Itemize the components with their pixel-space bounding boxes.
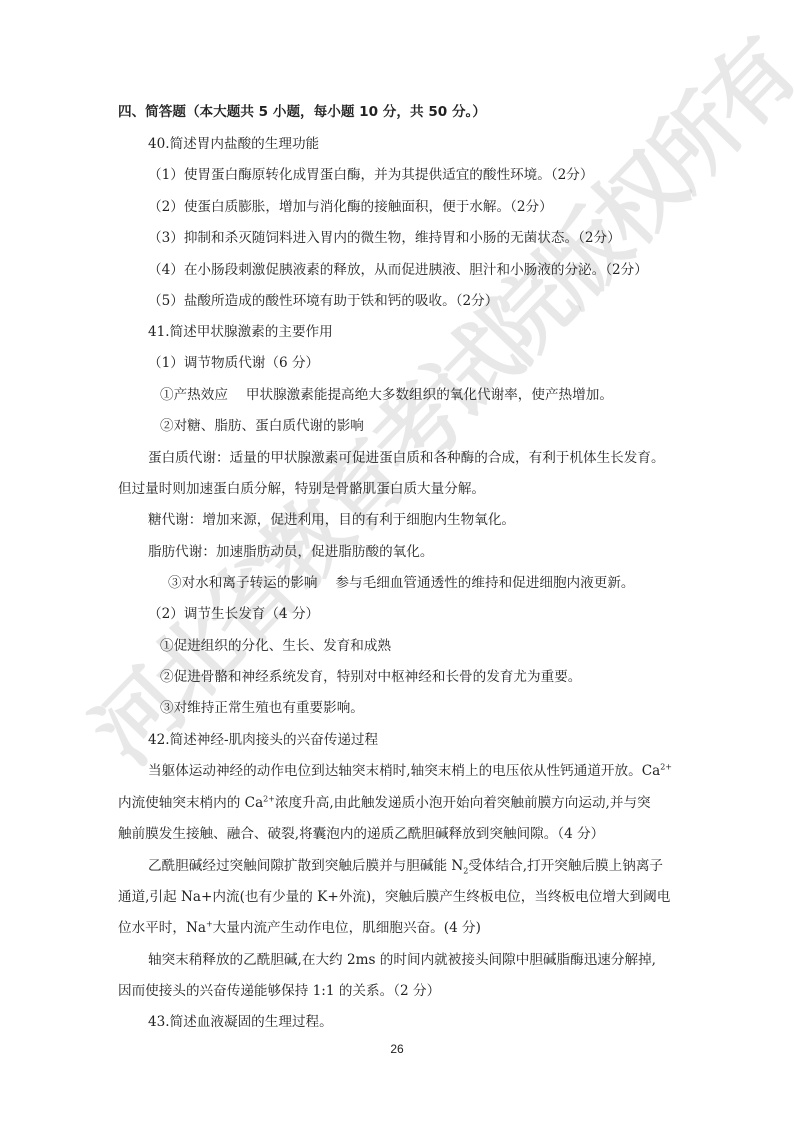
q42-para3-line-1: 轴突末稍释放的乙酰胆碱,在大约 2ms 的时间内就被接头间隙中胆碱脂酶迅速分解掉…	[148, 951, 656, 969]
q41-part2-item-1: ①促进组织的分化、生长、发育和成熟	[160, 637, 391, 655]
q41-part-2: （2）调节生长发育（4 分）	[148, 605, 319, 623]
q40-item-3: （3）抑制和杀灭随饲料进入胃内的微生物，维持胃和小肠的无菌状态。（2分）	[148, 229, 621, 247]
q40-item-4: （4）在小肠段刺激促胰液素的释放，从而促进胰液、胆汁和小肠液的分泌。（2分）	[148, 261, 648, 279]
q42-para1-line-1: 当躯体运动神经的动作电位到达轴突末梢时,轴突末梢上的电压依从性钙通道开放。Ca2…	[148, 762, 672, 780]
q41-protein-line-1: 蛋白质代谢：适量的甲状腺激素可促进蛋白质和各种酶的合成，有利于机体生长发育。	[148, 449, 665, 467]
q42-para2-line-2: 通道,引起 Na+内流(也有少量的 K+外流)，突触后膜产生终板电位，当终板电位…	[118, 888, 670, 906]
q42-para1-line-3: 触前膜发生接触、融合、破裂,将囊泡内的递质乙酰胆碱释放到突触间隙。（4 分）	[118, 825, 604, 843]
q42-para2-line-1: 乙酰胆碱经过突触间隙扩散到突触后膜并与胆碱能 N2受体结合,打开突触后膜上钠离子	[148, 857, 663, 875]
section-title: 四、简答题（本大题共 5 小题，每小题 10 分，共 50 分。）	[118, 103, 486, 121]
q40-item-1: （1）使胃蛋白酶原转化成胃蛋白酶，并为其提供适宜的酸性环境。（2分）	[148, 166, 594, 184]
q42-para2-line-3: 位水平时，Na+大量内流产生动作电位，肌细胞兴奋。(4 分)	[118, 919, 481, 937]
q40-item-2: （2）使蛋白质膨胀，增加与消化酶的接触面积，便于水解。（2分）	[148, 198, 553, 216]
question-42-title: 42.简述神经-肌肉接头的兴奋传递过程	[148, 731, 378, 749]
q42-para3-line-2: 因而使接头的兴奋传递能够保持 1:1 的关系。（2 分）	[118, 982, 440, 1000]
q41-part1-item-1: ①产热效应 甲状腺激素能提高绝大多数组织的氧化代谢率，使产热增加。	[160, 386, 613, 404]
q41-part1-item-2: ②对糖、脂肪、蛋白质代谢的影响	[160, 417, 364, 435]
q41-part2-item-2: ②促进骨骼和神经系统发育，特别对中枢神经和长骨的发育尤为重要。	[160, 668, 581, 686]
page-number: 26	[0, 1042, 794, 1056]
q41-sugar: 糖代谢：增加来源，促进利用，目的有利于细胞内生物氧化。	[148, 511, 515, 529]
q41-part1-item-3: ③对水和离子转运的影响 参与毛细血管通透性的维持和促进细胞内液更新。	[168, 574, 635, 592]
q40-item-5: （5）盐酸所造成的酸性环境有助于铁和钙的吸收。（2分）	[148, 292, 498, 310]
q42-para1-line-2: 内流使轴突末梢内的 Ca2+浓度升高,由此触发递质小泡开始向着突触前膜方向运动,…	[118, 794, 651, 812]
q41-fat: 脂肪代谢：加速脂肪动员，促进脂肪酸的氧化。	[148, 543, 433, 561]
q41-part2-item-3: ③对维持正常生殖也有重要影响。	[160, 699, 364, 717]
document-page: 河北省教育考试院版权所有 四、简答题（本大题共 5 小题，每小题 10 分，共 …	[0, 0, 794, 1123]
q41-protein-line-2: 但过量时则加速蛋白质分解，特别是骨骼肌蛋白质大量分解。	[118, 480, 485, 498]
question-43-title: 43.简述血液凝固的生理过程。	[148, 1013, 333, 1031]
q41-part-1: （1）调节物质代谢（6 分）	[148, 354, 319, 372]
question-40-title: 40.简述胃内盐酸的生理功能	[148, 135, 319, 153]
question-41-title: 41.简述甲状腺激素的主要作用	[148, 323, 333, 341]
